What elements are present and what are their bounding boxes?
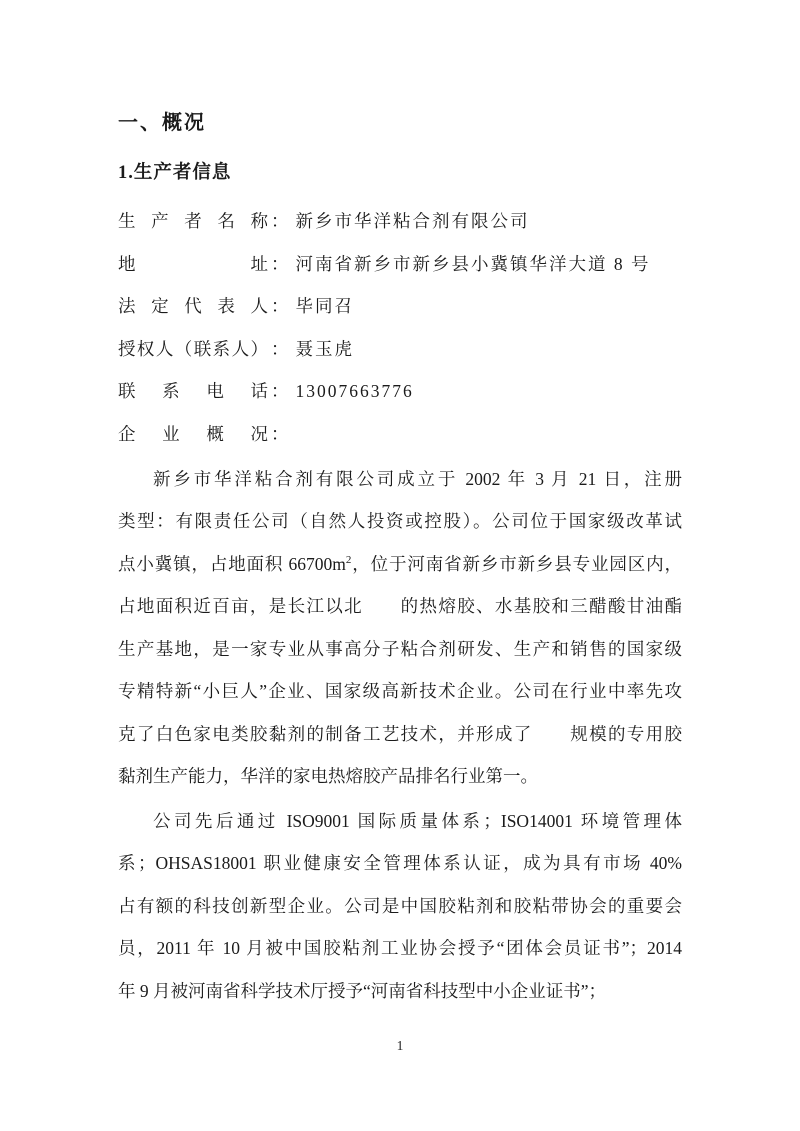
- paragraph-line: 公司先后通过 ISO9001 国际质量体系；ISO14001 环境管理体: [118, 800, 682, 842]
- paragraph-line: 年 9 月被河南省科学技术厅授予“河南省科技型中小企业证书”；: [118, 970, 682, 1012]
- subsection-heading: 1.生产者信息: [118, 158, 231, 184]
- info-label: 生产者名称: [118, 200, 268, 243]
- paragraph-line: 类型：有限责任公司（自然人投资或控股）。公司位于国家级改革试: [118, 500, 682, 542]
- info-colon: ：: [271, 285, 289, 328]
- paragraph-line-segment: 点小冀镇，占地面积 66700m: [118, 554, 346, 574]
- info-colon: ：: [271, 328, 289, 371]
- paragraph-line: 系；OHSAS18001 职业健康安全管理体系认证，成为具有市场 40%: [118, 842, 682, 884]
- info-row-company-overview: 企业概况：: [118, 413, 682, 456]
- info-label: 联系电话: [118, 370, 268, 413]
- paragraph-line: 新乡市华洋粘合剂有限公司成立于 2002 年 3 月 21 日，注册: [118, 458, 682, 500]
- info-row-address: 地址：河南省新乡市新乡县小冀镇华洋大道 8 号: [118, 243, 682, 286]
- section-heading: 一、概况: [118, 106, 206, 135]
- paragraph-line: 生产基地，是一家专业从事高分子粘合剂研发、生产和销售的国家级: [118, 628, 682, 670]
- info-colon: ：: [271, 200, 289, 243]
- paragraph-line: 黏剂生产能力，华洋的家电热熔胶产品排名行业第一。: [118, 755, 682, 797]
- paragraph-line: 克了白色家电类胶黏剂的制备工艺技术，并形成了 规模的专用胶: [118, 713, 682, 755]
- company-profile-paragraph: 新乡市华洋粘合剂有限公司成立于 2002 年 3 月 21 日，注册 类型：有限…: [118, 458, 682, 798]
- producer-info-list: 生产者名称：新乡市华洋粘合剂有限公司 地址：河南省新乡市新乡县小冀镇华洋大道 8…: [118, 200, 682, 456]
- info-value: 新乡市华洋粘合剂有限公司: [296, 211, 530, 231]
- paragraph-line: 专精特新“小巨人”企业、国家级高新技术企业。公司在行业中率先攻: [118, 670, 682, 712]
- info-row-legal-representative: 法定代表人：毕同召: [118, 285, 682, 328]
- info-row-authorized-contact: 授权人（联系人）：聂玉虎: [118, 328, 682, 371]
- paragraph-line: 占地面积近百亩，是长江以北 的热熔胶、水基胶和三醋酸甘油酯: [118, 585, 682, 627]
- info-value: 13007663776: [296, 381, 414, 401]
- info-label: 法定代表人: [118, 285, 268, 328]
- paragraph-line: 占有额的科技创新型企业。公司是中国胶粘剂和胶粘带协会的重要会: [118, 885, 682, 927]
- info-value: 河南省新乡市新乡县小冀镇华洋大道 8 号: [296, 254, 651, 274]
- info-colon: ：: [271, 370, 289, 413]
- info-colon: ：: [271, 243, 289, 286]
- certifications-paragraph: 公司先后通过 ISO9001 国际质量体系；ISO14001 环境管理体 系；O…: [118, 800, 682, 1012]
- paragraph-line: 点小冀镇，占地面积 66700m2，位于河南省新乡市新乡县专业园区内，: [118, 543, 682, 585]
- info-value: 聂玉虎: [296, 339, 355, 359]
- info-row-phone: 联系电话：13007663776: [118, 370, 682, 413]
- info-row-producer-name: 生产者名称：新乡市华洋粘合剂有限公司: [118, 200, 682, 243]
- info-label: 授权人（联系人）: [118, 328, 268, 371]
- info-label: 地址: [118, 243, 268, 286]
- paragraph-line-segment: ，位于河南省新乡市新乡县专业园区内，: [351, 554, 682, 574]
- info-value: 毕同召: [296, 296, 355, 316]
- paragraph-line: 员，2011 年 10 月被中国胶粘剂工业协会授予“团体会员证书”；2014: [118, 927, 682, 969]
- info-label: 企业概况: [118, 413, 268, 456]
- info-colon: ：: [271, 413, 289, 456]
- document-page: 一、概况 1.生产者信息 生产者名称：新乡市华洋粘合剂有限公司 地址：河南省新乡…: [0, 0, 800, 1131]
- page-number: 1: [0, 1038, 800, 1054]
